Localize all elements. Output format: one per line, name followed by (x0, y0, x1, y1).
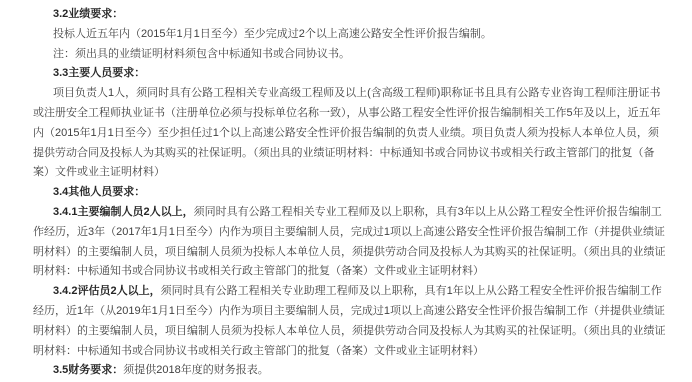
paragraph-3-4-2-lead: 3.4.2评估员2人以上， (53, 285, 161, 297)
paragraph-project-leader-requirement: 项目负责人1人，须同时具有公路工程相关专业高级工程师及以上(含高级工程师)职称证… (33, 84, 666, 183)
paragraph-3-5-financial-requirement: 3.5财务要求：须提供2018年度的财务报表。 (33, 361, 666, 381)
paragraph-3-4-1-main-compilers: 3.4.1主要编制人员2人以上，须同时具有公路工程相关专业工程师及以上职称，具有… (33, 203, 666, 282)
section-heading-3-3-key-personnel: 3.3主要人员要求： (33, 64, 666, 84)
section-heading-3-4-other-personnel: 3.4其他人员要求： (33, 183, 666, 203)
paragraph-performance-requirement: 投标人近五年内（2015年1月1日至今）至少完成过2个以上高速公路安全性评价报告… (33, 25, 666, 45)
document-page: 3.2业绩要求： 投标人近五年内（2015年1月1日至今）至少完成过2个以上高速… (0, 0, 692, 382)
paragraph-3-4-1-lead: 3.4.1主要编制人员2人以上， (53, 206, 194, 218)
section-heading-3-2-performance: 3.2业绩要求： (33, 5, 666, 25)
paragraph-3-5-text: 须提供2018年度的财务报表。 (123, 364, 268, 376)
paragraph-3-4-2-evaluators: 3.4.2评估员2人以上，须同时具有公路工程相关专业助理工程师及以上职称，具有1… (33, 282, 666, 361)
paragraph-3-5-lead: 3.5财务要求： (53, 364, 123, 376)
paragraph-performance-note: 注：须出具的业绩证明材料须包含中标通知书或合同协议书。 (33, 45, 666, 65)
